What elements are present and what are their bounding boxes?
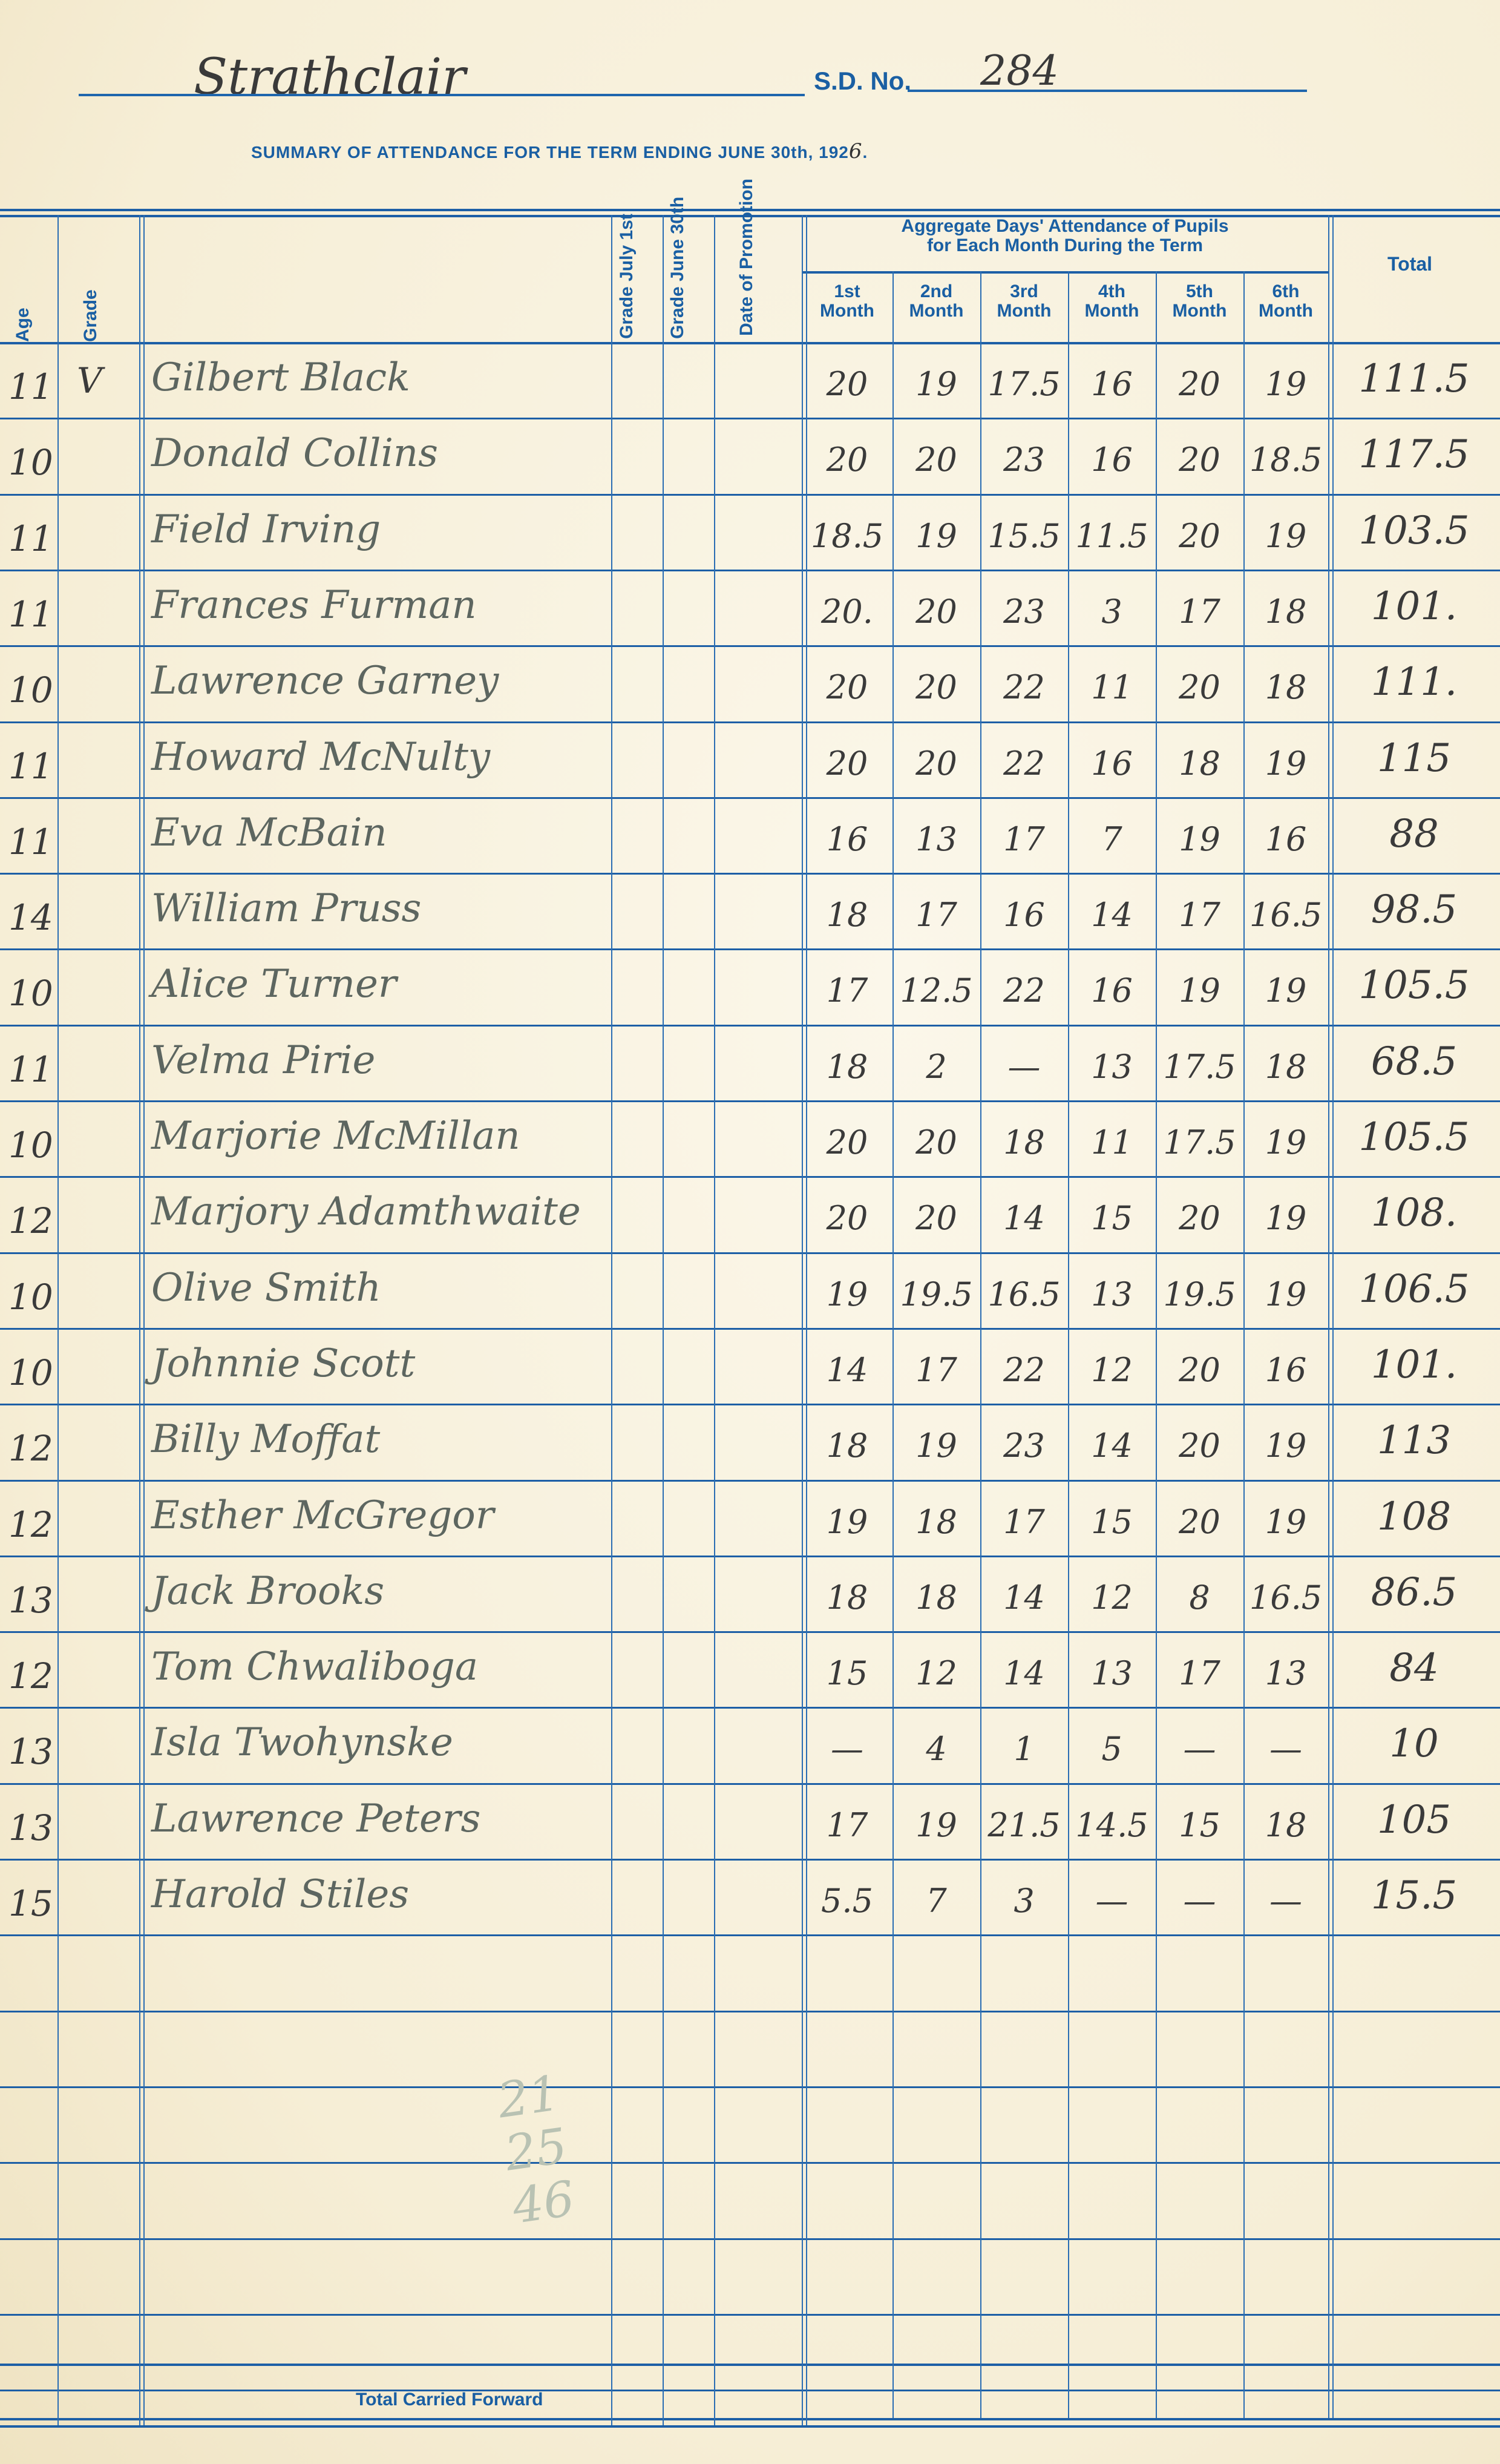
month-header-2: 2ndMonth — [892, 282, 980, 320]
month-2-attendance: 12 — [892, 1654, 980, 1692]
pupil-total: 105.5 — [1328, 963, 1500, 1008]
sd-number-underline — [908, 90, 1307, 92]
month-3-attendance: — — [980, 1048, 1068, 1086]
month-6-attendance: 19 — [1243, 744, 1328, 783]
ruled-line — [0, 494, 1500, 496]
pupil-total: 105.5 — [1328, 1115, 1500, 1160]
ruled-line — [0, 1252, 1500, 1254]
month-5-attendance: 19.5 — [1156, 1275, 1243, 1313]
pupil-total: 113 — [1328, 1418, 1500, 1463]
column-divider — [663, 215, 664, 2425]
month-6-attendance: 18 — [1243, 1806, 1328, 1844]
pupil-age: 11 — [8, 821, 57, 862]
ruled-line — [0, 948, 1500, 950]
ruled-line — [0, 1480, 1500, 1482]
month-3-attendance: 18 — [980, 1123, 1068, 1161]
ruled-line — [0, 2238, 1500, 2240]
month-6-attendance: 19 — [1243, 1427, 1328, 1465]
month-4-attendance: — — [1068, 1882, 1156, 1920]
month-4-attendance: 15 — [1068, 1503, 1156, 1541]
month-2-attendance: 20 — [892, 593, 980, 631]
month-4-attendance: 13 — [1068, 1654, 1156, 1692]
month-1-attendance: 18 — [802, 896, 892, 934]
month-label: Month — [1068, 301, 1156, 321]
pupil-name: Lawrence Garney — [151, 659, 660, 703]
ruled-line — [0, 342, 1500, 344]
month-2-attendance: 19.5 — [892, 1275, 980, 1313]
pupil-total: 15.5 — [1328, 1873, 1500, 1918]
month-label: Month — [1243, 301, 1328, 321]
month-1-attendance: 20 — [802, 1199, 892, 1237]
month-4-attendance: 12 — [1068, 1579, 1156, 1617]
month-4-attendance: 14.5 — [1068, 1806, 1156, 1844]
month-2-attendance: 13 — [892, 820, 980, 858]
month-3-attendance: 22 — [980, 971, 1068, 1010]
pupil-total: 111. — [1328, 660, 1500, 705]
pupil-age: 11 — [8, 518, 57, 559]
pupil-name: Esther McGregor — [151, 1493, 660, 1538]
ruled-line — [0, 2314, 1500, 2316]
month-label: Month — [892, 301, 980, 321]
ruled-line — [0, 645, 1500, 647]
month-3-attendance: 22 — [980, 1351, 1068, 1389]
month-1-attendance: 20 — [802, 365, 892, 403]
pupil-age: 11 — [8, 594, 57, 635]
month-5-attendance: 20 — [1156, 441, 1243, 479]
pupil-name: Howard McNulty — [151, 735, 660, 780]
month-6-attendance: 19 — [1243, 1123, 1328, 1161]
month-4-attendance: 14 — [1068, 896, 1156, 934]
pupil-total: 103.5 — [1328, 508, 1500, 553]
month-4-attendance: 13 — [1068, 1048, 1156, 1086]
pupil-name: Marjory Adamthwaite — [151, 1189, 660, 1234]
pupil-age: 10 — [8, 1352, 57, 1393]
month-5-attendance: 17.5 — [1156, 1123, 1243, 1161]
ruled-line — [0, 1859, 1500, 1861]
pupil-age: 12 — [8, 1504, 57, 1545]
ruled-line — [0, 570, 1500, 571]
pupil-total: 117.5 — [1328, 432, 1500, 477]
month-3-attendance: 14 — [980, 1654, 1068, 1692]
ruled-line — [0, 1631, 1500, 1633]
month-3-attendance: 15.5 — [980, 517, 1068, 555]
month-header-6: 6thMonth — [1243, 282, 1328, 320]
month-label: Month — [980, 301, 1068, 321]
month-4-attendance: 11 — [1068, 668, 1156, 706]
pupil-name: Johnnie Scott — [151, 1341, 660, 1386]
column-header-date-promotion: Date of Promotion — [737, 179, 756, 336]
month-6-attendance: 16.5 — [1243, 896, 1328, 934]
column-header-grade-june: Grade June 30th — [668, 197, 687, 339]
pupil-total: 108. — [1328, 1191, 1500, 1235]
sd-number-label: S.D. No. — [814, 67, 911, 96]
ruled-line — [0, 1404, 1500, 1405]
pupil-grade: V — [77, 360, 139, 401]
month-2-attendance: 19 — [892, 365, 980, 403]
pupil-age: 10 — [8, 442, 57, 483]
month-1-attendance: 18 — [802, 1427, 892, 1465]
month-1-attendance: 17 — [802, 1806, 892, 1844]
month-5-attendance: 20 — [1156, 517, 1243, 555]
ruled-line — [0, 1934, 1500, 1936]
pupil-age: 12 — [8, 1200, 57, 1241]
month-3-attendance: 17 — [980, 820, 1068, 858]
month-4-attendance: 16 — [1068, 441, 1156, 479]
month-3-attendance: 17 — [980, 1503, 1068, 1541]
pupil-total: 84 — [1328, 1646, 1500, 1690]
month-3-attendance: 16.5 — [980, 1275, 1068, 1313]
month-1-attendance: 15 — [802, 1654, 892, 1692]
pupil-name: Velma Pirie — [151, 1038, 660, 1083]
pupil-age: 10 — [8, 1125, 57, 1166]
date-promotion-label: Date of Promotion — [736, 179, 756, 336]
ruled-line — [0, 1176, 1500, 1178]
month-4-attendance: 3 — [1068, 593, 1156, 631]
month-2-attendance: 18 — [892, 1503, 980, 1541]
month-2-attendance: 17 — [892, 896, 980, 934]
month-1-attendance: 19 — [802, 1275, 892, 1313]
aggregate-title-line2: for Each Month During the Term — [805, 236, 1325, 255]
month-6-attendance: 19 — [1243, 1199, 1328, 1237]
month-4-attendance: 16 — [1068, 744, 1156, 783]
month-6-attendance: — — [1243, 1730, 1328, 1768]
month-4-attendance: 13 — [1068, 1275, 1156, 1313]
month-2-attendance: 20 — [892, 1123, 980, 1161]
ruled-line — [0, 797, 1500, 799]
month-4-attendance: 7 — [1068, 820, 1156, 858]
pupil-total: 115 — [1328, 736, 1500, 781]
month-2-attendance: 7 — [892, 1882, 980, 1920]
month-2-attendance: 20 — [892, 441, 980, 479]
month-2-attendance: 19 — [892, 1806, 980, 1844]
month-3-attendance: 21.5 — [980, 1806, 1068, 1844]
month-5-attendance: — — [1156, 1730, 1243, 1768]
month-2-attendance: 19 — [892, 517, 980, 555]
column-header-grade: Grade — [81, 289, 100, 342]
month-1-attendance: 16 — [802, 820, 892, 858]
pupil-age: 13 — [8, 1731, 57, 1772]
month-1-attendance: 20 — [802, 668, 892, 706]
month-1-attendance: 14 — [802, 1351, 892, 1389]
month-ordinal: 2nd — [892, 282, 980, 301]
column-header-total: Total — [1331, 254, 1489, 275]
month-5-attendance: 18 — [1156, 744, 1243, 783]
month-3-attendance: 23 — [980, 593, 1068, 631]
month-ordinal: 1st — [802, 282, 892, 301]
month-3-attendance: 22 — [980, 668, 1068, 706]
pupil-total: 108 — [1328, 1494, 1500, 1539]
month-4-attendance: 16 — [1068, 971, 1156, 1010]
pupil-total: 101. — [1328, 584, 1500, 629]
pupil-age: 13 — [8, 1807, 57, 1848]
pupil-age: 10 — [8, 973, 57, 1014]
pupil-name: Jack Brooks — [151, 1569, 660, 1614]
month-5-attendance: 19 — [1156, 820, 1243, 858]
column-divider — [139, 215, 145, 2425]
month-6-attendance: 19 — [1243, 365, 1328, 403]
month-4-attendance: 5 — [1068, 1730, 1156, 1768]
month-label: Month — [802, 301, 892, 321]
column-divider — [57, 215, 59, 2425]
month-3-attendance: 1 — [980, 1730, 1068, 1768]
month-6-attendance: 18 — [1243, 1048, 1328, 1086]
column-header-grade-july: Grade July 1st — [617, 218, 637, 339]
month-2-attendance: 17 — [892, 1351, 980, 1389]
pupil-total: 88 — [1328, 812, 1500, 856]
month-2-attendance: 20 — [892, 1199, 980, 1237]
month-5-attendance: 15 — [1156, 1806, 1243, 1844]
month-4-attendance: 15 — [1068, 1199, 1156, 1237]
pupil-age: 10 — [8, 669, 57, 711]
month-6-attendance: 18 — [1243, 668, 1328, 706]
school-name-underline — [79, 94, 805, 96]
ruled-line — [802, 271, 1328, 274]
month-4-attendance: 12 — [1068, 1351, 1156, 1389]
month-6-attendance: 16 — [1243, 1351, 1328, 1389]
month-ordinal: 6th — [1243, 282, 1328, 301]
pupil-name: Donald Collins — [151, 431, 660, 476]
month-3-attendance: 23 — [980, 1427, 1068, 1465]
pupil-name: William Pruss — [151, 886, 660, 931]
month-3-attendance: 23 — [980, 441, 1068, 479]
month-5-attendance: 19 — [1156, 971, 1243, 1010]
aggregate-attendance-header: Aggregate Days' Attendance of Pupils for… — [805, 217, 1325, 255]
pupil-total: 10 — [1328, 1721, 1500, 1766]
column-header-age: Age — [13, 307, 33, 342]
pupil-age: 14 — [8, 897, 57, 938]
pupil-total: 106.5 — [1328, 1267, 1500, 1312]
month-1-attendance: — — [802, 1730, 892, 1768]
pupil-name: Isla Twohynske — [151, 1720, 660, 1765]
pupil-name: Eva McBain — [151, 810, 660, 855]
month-3-attendance: 14 — [980, 1199, 1068, 1237]
month-2-attendance: 12.5 — [892, 971, 980, 1010]
month-5-attendance: 20 — [1156, 1427, 1243, 1465]
month-4-attendance: 11 — [1068, 1123, 1156, 1161]
month-1-attendance: 17 — [802, 971, 892, 1010]
month-6-attendance: 19 — [1243, 1275, 1328, 1313]
pupil-name: Tom Chwaliboga — [151, 1644, 660, 1689]
pupil-name: Billy Moffat — [151, 1417, 660, 1462]
month-5-attendance: 20 — [1156, 1199, 1243, 1237]
pupil-total: 68.5 — [1328, 1039, 1500, 1084]
ruled-line — [0, 2162, 1500, 2164]
school-name: Strathclair — [194, 48, 465, 106]
month-5-attendance: — — [1156, 1882, 1243, 1920]
pupil-total: 105 — [1328, 1798, 1500, 1842]
summary-title: SUMMARY OF ATTENDANCE FOR THE TERM ENDIN… — [251, 139, 868, 163]
month-5-attendance: 20 — [1156, 668, 1243, 706]
month-5-attendance: 17 — [1156, 896, 1243, 934]
ruled-line — [0, 721, 1500, 723]
month-2-attendance: 20 — [892, 668, 980, 706]
pupil-age: 12 — [8, 1655, 57, 1697]
month-2-attendance: 18 — [892, 1579, 980, 1617]
month-ordinal: 5th — [1156, 282, 1243, 301]
pupil-name: Lawrence Peters — [151, 1796, 660, 1841]
month-1-attendance: 20 — [802, 441, 892, 479]
summary-title-text: SUMMARY OF ATTENDANCE FOR THE TERM ENDIN… — [251, 143, 849, 162]
month-6-attendance: 16 — [1243, 820, 1328, 858]
month-5-attendance: 8 — [1156, 1579, 1243, 1617]
pupil-total: 101. — [1328, 1342, 1500, 1387]
month-6-attendance: — — [1243, 1882, 1328, 1920]
month-3-attendance: 22 — [980, 744, 1068, 783]
ruled-line — [0, 1100, 1500, 1102]
summary-year-digit: 6 — [849, 139, 863, 163]
month-1-attendance: 18 — [802, 1048, 892, 1086]
total-carried-forward-label: Total Carried Forward — [356, 2390, 543, 2410]
ruled-line — [0, 1783, 1500, 1785]
month-6-attendance: 19 — [1243, 971, 1328, 1010]
month-6-attendance: 18 — [1243, 593, 1328, 631]
month-header-5: 5thMonth — [1156, 282, 1243, 320]
ruled-line — [0, 2390, 1500, 2391]
month-4-attendance: 11.5 — [1068, 517, 1156, 555]
column-divider — [714, 215, 715, 2425]
pupil-age: 11 — [8, 746, 57, 787]
month-5-attendance: 20 — [1156, 1351, 1243, 1389]
ruled-line — [0, 873, 1500, 875]
month-4-attendance: 16 — [1068, 365, 1156, 403]
month-header-1: 1stMonth — [802, 282, 892, 320]
month-1-attendance: 20 — [802, 744, 892, 783]
month-6-attendance: 13 — [1243, 1654, 1328, 1692]
pupil-total: 111.5 — [1328, 356, 1500, 401]
month-5-attendance: 20 — [1156, 1503, 1243, 1541]
pupil-name: Frances Furman — [151, 583, 660, 628]
ruled-line — [0, 2011, 1500, 2012]
pupil-name: Harold Stiles — [151, 1872, 660, 1917]
ruled-line — [0, 418, 1500, 419]
pupil-total: 98.5 — [1328, 887, 1500, 932]
sd-number-value: 284 — [980, 47, 1059, 95]
month-5-attendance: 17 — [1156, 593, 1243, 631]
pupil-name: Olive Smith — [151, 1266, 660, 1310]
month-2-attendance: 19 — [892, 1427, 980, 1465]
month-2-attendance: 20 — [892, 744, 980, 783]
pupil-age: 11 — [8, 1049, 57, 1090]
month-5-attendance: 20 — [1156, 365, 1243, 403]
aggregate-title-line1: Aggregate Days' Attendance of Pupils — [805, 217, 1325, 236]
pupil-name: Marjorie McMillan — [151, 1114, 660, 1158]
pencil-note-line: 46 — [509, 2172, 578, 2233]
month-3-attendance: 3 — [980, 1882, 1068, 1920]
month-5-attendance: 17.5 — [1156, 1048, 1243, 1086]
pupil-name: Field Irving — [151, 507, 660, 552]
month-header-4: 4thMonth — [1068, 282, 1156, 320]
pupil-age: 10 — [8, 1276, 57, 1318]
month-3-attendance: 16 — [980, 896, 1068, 934]
month-6-attendance: 19 — [1243, 1503, 1328, 1541]
month-3-attendance: 17.5 — [980, 365, 1068, 403]
month-1-attendance: 18.5 — [802, 517, 892, 555]
pupil-age: 13 — [8, 1580, 57, 1621]
pupil-total: 86.5 — [1328, 1570, 1500, 1615]
month-4-attendance: 14 — [1068, 1427, 1156, 1465]
month-header-3: 3rdMonth — [980, 282, 1068, 320]
pupil-age: 12 — [8, 1428, 57, 1469]
ruled-line — [0, 2364, 1500, 2366]
grade-july-label: Grade July 1st — [617, 214, 637, 339]
pupil-age: 11 — [8, 366, 57, 407]
month-2-attendance: 2 — [892, 1048, 980, 1086]
pupil-name: Alice Turner — [151, 962, 660, 1007]
ruled-line — [0, 1556, 1500, 1557]
ruled-line — [0, 1025, 1500, 1027]
month-ordinal: 4th — [1068, 282, 1156, 301]
ruled-line — [0, 1707, 1500, 1709]
month-2-attendance: 4 — [892, 1730, 980, 1768]
month-ordinal: 3rd — [980, 282, 1068, 301]
pencil-note: 212546 — [494, 2066, 578, 2233]
pupil-age: 15 — [8, 1883, 57, 1924]
pupil-name: Gilbert Black — [151, 355, 660, 400]
ruled-line — [0, 2425, 1500, 2428]
month-1-attendance: 20 — [802, 1123, 892, 1161]
month-1-attendance: 20. — [802, 593, 892, 631]
month-6-attendance: 16.5 — [1243, 1579, 1328, 1617]
month-6-attendance: 19 — [1243, 517, 1328, 555]
ruled-line — [0, 1328, 1500, 1330]
month-5-attendance: 17 — [1156, 1654, 1243, 1692]
month-3-attendance: 14 — [980, 1579, 1068, 1617]
ruled-line — [0, 2418, 1500, 2420]
month-label: Month — [1156, 301, 1243, 321]
month-1-attendance: 5.5 — [802, 1882, 892, 1920]
month-6-attendance: 18.5 — [1243, 441, 1328, 479]
grade-june-label: Grade June 30th — [667, 197, 687, 339]
month-1-attendance: 18 — [802, 1579, 892, 1617]
month-1-attendance: 19 — [802, 1503, 892, 1541]
ruled-line — [0, 2086, 1500, 2088]
